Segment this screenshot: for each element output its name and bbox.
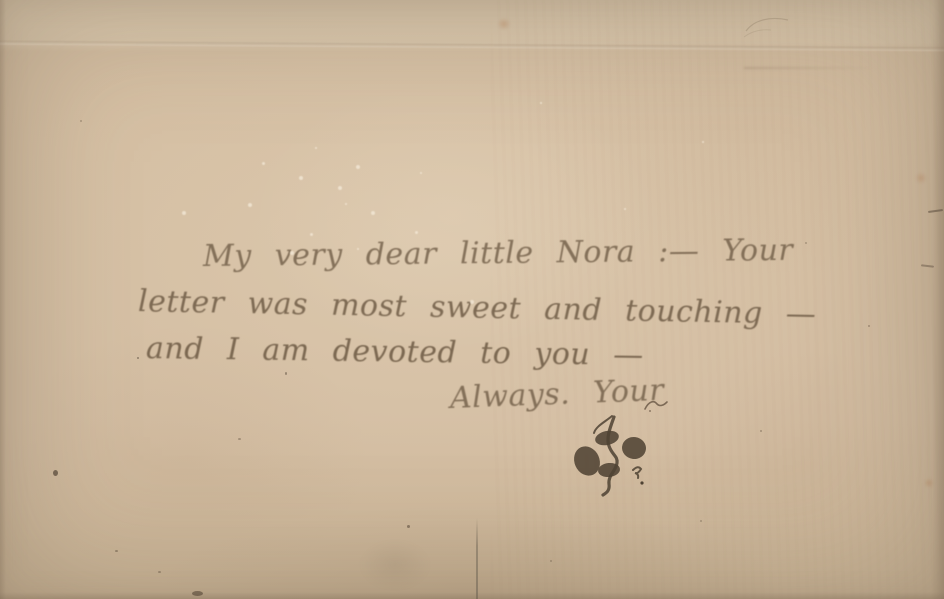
paper-speck [310,233,313,236]
ink-fleck [115,550,118,552]
paper-speck [248,203,252,207]
ink-blot-signature-icon [567,414,663,506]
paper-edge-bottom [0,592,944,599]
ink-fleck [407,525,410,528]
paper-speck [338,186,342,190]
fold-shadow [744,67,874,69]
ink-fleck [868,325,870,327]
edge-scratch-mark [928,209,943,213]
letter-line-1: My very dear little Nora :— Your [203,233,794,274]
pencil-smudge [360,540,430,590]
letter-page: My very dear little Nora :— Your letter … [0,0,944,599]
letter-line-4: Always. Your [449,373,664,416]
ink-fleck [158,571,161,573]
ghost-pencil-arc [744,14,790,40]
horizontal-fold-crease [0,41,944,52]
paper-speck [702,141,704,143]
letter-line-3: and I am devoted to you — [146,331,644,373]
paper-speck [182,211,186,215]
ink-fleck [760,430,762,432]
paper-speck [299,176,303,180]
rust-stain [497,18,511,30]
paper-speck [315,147,317,149]
ink-fleck [238,438,241,440]
ink-fleck [80,120,82,122]
rust-stain [915,172,927,184]
rust-stain [924,478,934,488]
paper-speck [420,172,422,174]
paper-speck [345,203,347,205]
letter-line-2: letter was most sweet and touching — [138,284,817,332]
edge-scratch-mark [921,264,934,267]
paper-speck [540,102,542,104]
paper-edge-right [932,0,944,599]
paper-edge-left [0,0,6,599]
stray-ink-squiggle [643,398,669,414]
paper-speck [262,162,265,165]
paper-speck [356,165,360,169]
paper-speck [415,231,418,234]
ink-fleck [550,560,552,562]
paper-speck [371,211,375,215]
vertical-fold-crease [476,518,478,599]
ink-fleck [285,372,287,375]
paper-speck [624,208,626,210]
ink-fleck [700,520,702,522]
ink-fleck [805,242,807,244]
ink-fleck [192,591,203,596]
ink-fleck [53,470,58,476]
ink-fleck [137,357,139,359]
